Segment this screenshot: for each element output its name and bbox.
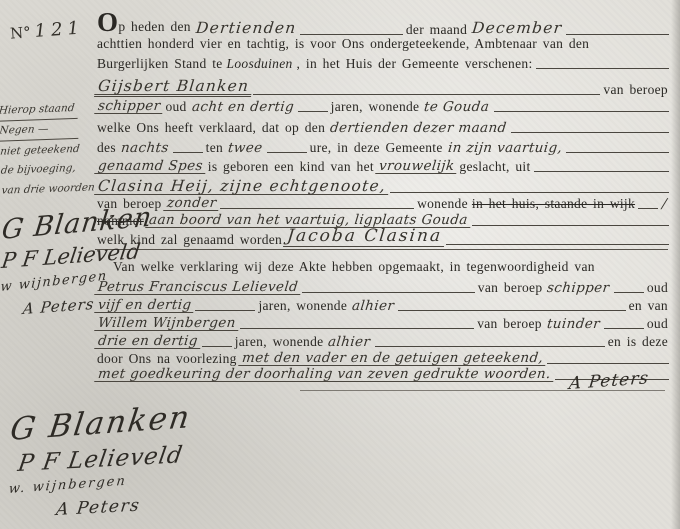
handwritten-witness2-residence: alhier (325, 335, 375, 349)
handwritten-witness1-age: vijf en dertig (94, 298, 195, 313)
line-witness2-age: drie en dertig jaren, wonende alhier en … (95, 335, 670, 350)
handwritten-child-name: Jacoba Clasina (283, 228, 446, 247)
ruled-line (472, 225, 669, 226)
handwritten-mother-name: Clasina Heij, zijne echtgenoote, (94, 178, 390, 195)
line-declaration: welke Ons heeft verklaard, dat op den de… (95, 121, 670, 136)
ruled-line (95, 249, 668, 250)
handwritten-father-residence: te Gouda (421, 100, 494, 114)
line-father-name: Gijsbert Blanken van beroep (95, 79, 670, 98)
act-number: N°121 (9, 17, 84, 43)
printed-wonende: wonende (415, 197, 470, 212)
handwritten-birth-date: dertienden dezer maand (326, 121, 510, 135)
line-mother-occupation: van beroep zonder wonende in het huis, s… (95, 197, 670, 212)
ruled-line (302, 292, 475, 293)
handwritten-father-occupation: schipper (94, 99, 164, 114)
handwritten-mother-occupation: zonder (163, 196, 220, 211)
birth-certificate-scan: N°121 Op heden den Dertienden der maand … (0, 0, 680, 529)
ruled-line (375, 346, 605, 347)
ruled-line (300, 34, 403, 35)
handwritten-father-age: acht en dertig (188, 100, 298, 114)
handwritten-hour: twee (224, 141, 266, 155)
handwritten-witness1-name: Petrus Franciscus Lelieveld (94, 280, 302, 295)
ruled-line (398, 310, 625, 311)
ruled-line (195, 310, 255, 311)
line-witness1: Petrus Franciscus Lelieveld van beroep s… (95, 281, 670, 296)
handwritten-father-name: Gijsbert Blanken (94, 78, 253, 97)
printed-oud-3: oud (645, 281, 670, 296)
line-municipality: Burgerlijken Stand te Loosduinen , in he… (95, 57, 670, 72)
handwritten-witness1-occupation: schipper (544, 281, 614, 295)
ruled-line (534, 171, 669, 172)
line-akte: Van welke verklaring wij deze Akte hebbe… (95, 260, 670, 275)
handwritten-sex: vrouwelijk (375, 159, 458, 174)
handwritten-witness2-name: Willem Wijnbergen (94, 316, 239, 331)
bottom-signature-wijnbergen: w. wijnbergen (8, 474, 127, 497)
line-mother: Clasina Heij, zijne echtgenoote, (95, 179, 670, 196)
margin-note-line: Negen — (0, 119, 80, 142)
margin-signature-wijnbergen: w wijnbergen (0, 269, 108, 295)
margin-note: Hierop staand Negen — niet geteekend de … (0, 98, 97, 200)
printed-en-van: en van (627, 299, 670, 314)
margin-note-line: van drie woorden (0, 178, 97, 201)
line-child-name: welk kind zal genaamd worden Jacoba Clas… (95, 229, 670, 248)
line-father-details: schipper oud acht en dertig jaren, wonen… (95, 100, 670, 115)
printed-op-heden-den: Op heden den (95, 8, 193, 38)
margin-signature-peters: A Peters (22, 295, 95, 318)
printed-van-beroep: van beroep (601, 83, 670, 98)
ruled-line (390, 192, 669, 193)
handwritten-witness1-residence: alhier (348, 299, 398, 313)
line-year: achttien honderd vier en tachtig, is voo… (95, 37, 670, 52)
line-date: Op heden den Dertienden der maand Decemb… (95, 8, 670, 38)
ruled-line (614, 292, 644, 293)
line-closing1: door Ons na voorlezing met den vader en … (95, 352, 670, 367)
bottom-signature-blanken: G Blanken (8, 399, 194, 448)
bottom-signature-lelieveld: P F Lelieveld (16, 442, 185, 477)
printed-ure-gemeente: ure, in deze Gemeente (308, 141, 445, 156)
handwritten-month: December (468, 20, 566, 36)
printed-geboren-kind: is geboren een kind van het (206, 160, 376, 175)
printed-akte-line: Van welke verklaring wij deze Akte hebbe… (111, 260, 597, 275)
printed-jaren-wonende-3: jaren, wonende (256, 299, 349, 314)
printed-municipality: Loosduinen (225, 57, 295, 72)
ruled-line (267, 152, 307, 153)
printed-van-beroep-3: van beroep (476, 281, 545, 296)
line-witness2: Willem Wijnbergen van beroep tuinder oud (95, 317, 670, 332)
ruled-line (566, 152, 669, 153)
line-time: des nachts ten twee ure, in deze Gemeent… (95, 141, 670, 156)
handwritten-witness2-occupation: tuinder (543, 317, 604, 331)
ruled-line (566, 34, 669, 35)
ruled-line (446, 244, 669, 245)
ruled-line (202, 346, 232, 347)
ruled-line (494, 111, 669, 112)
printed-jaren-wonende: jaren, wonende (329, 100, 422, 115)
printed-stand-te: Burgerlijken Stand te (95, 57, 225, 72)
printed-van-beroep-4: van beroep (475, 317, 544, 332)
ruled-line (220, 208, 414, 209)
handwritten-closing-1: met den vader en de getuigen geteekend, (238, 351, 547, 366)
printed-jaren-wonende-4: jaren, wonende (233, 335, 326, 350)
handwritten-wijk-mark: / (658, 197, 670, 211)
bottom-signature-peters: A Peters (55, 495, 142, 520)
ruled-line (511, 132, 669, 133)
ruled-line (173, 152, 203, 153)
printed-en-is-deze: en is deze (606, 335, 670, 350)
act-number-prefix: N° (9, 23, 31, 42)
printed-des: des (95, 141, 118, 156)
ruled-line (638, 208, 658, 209)
printed-ten: ten (204, 141, 225, 156)
printed-geslacht-uit: geslacht, uit (457, 160, 532, 175)
printed-year-line: achttien honderd vier en tachtig, is voo… (95, 37, 591, 52)
printed-oud: oud (163, 100, 188, 115)
ruled-line (240, 328, 474, 329)
handwritten-day: Dertienden (192, 20, 300, 36)
printed-oud-4: oud (645, 317, 670, 332)
ruled-line (253, 94, 600, 95)
handwritten-vessel: genaamd Spes (94, 159, 206, 174)
handwritten-birth-location: in zijn vaartuig, (444, 141, 566, 155)
act-number-value: 121 (34, 17, 85, 41)
ruled-line (547, 363, 669, 364)
ruled-line (536, 68, 670, 69)
line-witness1-age: vijf en dertig jaren, wonende alhier en … (95, 299, 670, 314)
printed-voorlezing: door Ons na voorlezing (95, 352, 239, 367)
scan-edge-shadow (671, 0, 680, 529)
ruled-line (604, 328, 644, 329)
handwritten-time-of-day: nachts (117, 141, 172, 155)
printed-verklaard: welke Ons heeft verklaard, dat op den (95, 121, 327, 136)
line-vessel-sex: genaamd Spes is geboren een kind van het… (95, 160, 670, 175)
handwritten-witness2-age: drie en dertig (94, 334, 201, 349)
printed-huis-gemeente: , in het Huis der Gemeente verschenen: (295, 57, 535, 72)
handwritten-closing-2: met goedkeuring der doorhaling van zeven… (94, 367, 554, 382)
ruled-line (298, 111, 328, 112)
printed-struck-huis-wijk: in het huis, staande in wijk (470, 197, 637, 212)
